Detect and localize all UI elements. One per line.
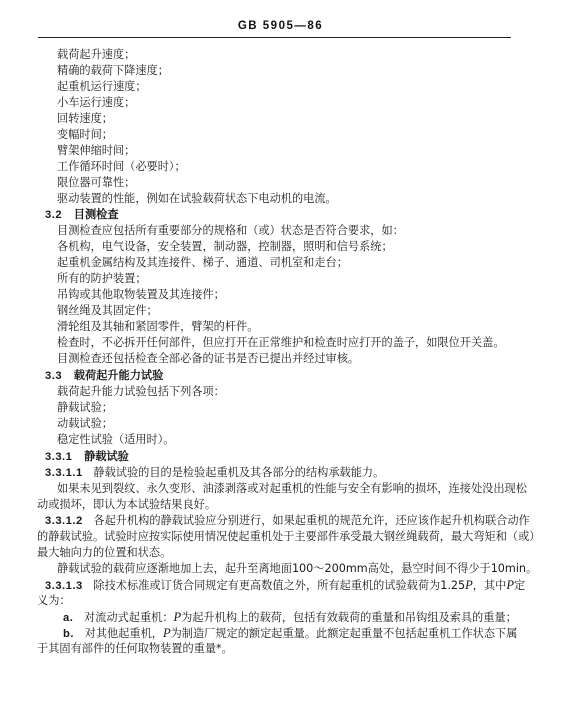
list-item: 载荷起升速度； — [57, 48, 135, 62]
list-item: 起重机运行速度； — [57, 80, 147, 94]
section-number: 3.3 — [45, 370, 62, 382]
section-number: 3.3.1 — [45, 451, 72, 463]
list-item: 小车运行速度； — [57, 96, 135, 110]
item-b: b. 对其他起重机，P为制造厂规定的额定起重量。此额定起重量不包括起重机工作状态… — [63, 626, 517, 641]
clause-3-3-1-3: 3.3.1.3 除技术标准或订货合同规定有更高数值之外，所有起重机的试验载荷为1… — [45, 578, 525, 593]
clause-text: 静载试验的目的是检验起重机及其各部分的结构承载能力。 — [93, 466, 384, 479]
clause-text: 定 — [514, 579, 525, 592]
list-item: 回转速度； — [57, 112, 113, 126]
paragraph: 目测检查还包括检查全部必备的证书是否已提出并经过审核。 — [57, 352, 359, 366]
clause-number: 3.3.1.2 — [45, 515, 83, 527]
clause-number: 3.3.1.1 — [45, 467, 83, 479]
clause-text: 各起升机构的静载试验应分别进行，如果起重机的规范允许，还应该作起升机构联合动作 — [93, 514, 529, 527]
clause-text: ，其中 — [473, 579, 507, 592]
item-text: 为起升机构上的载荷，包括有效载荷的重量和吊钩组及索具的重量； — [181, 611, 517, 624]
section-title: 静载试验 — [84, 450, 129, 463]
list-item: 动载试验； — [57, 417, 113, 431]
list-item: 工作循环时间（必要时）； — [57, 160, 186, 174]
paragraph: 检查时，不必拆开任何部件，但应打开在正常维护和检查时应打开的盖子，如限位开关盖。 — [57, 336, 505, 350]
list-item: 起重机金属结构及其连接件、梯子、通道、司机室和走台； — [57, 256, 348, 270]
list-item: 钢丝绳及其固定件； — [57, 304, 158, 318]
standard-code-header: GB 5905—86 — [0, 20, 561, 32]
item-text: 为制造厂规定的额定起重量。此额定起重量不包括起重机工作状态下属 — [171, 627, 518, 640]
section-number: 3.2 — [45, 209, 62, 221]
list-item: 限位器可靠性； — [57, 176, 135, 190]
item-a: a. 对流动式起重机：P为起升机构上的载荷，包括有效载荷的重量和吊钩组及索具的重… — [63, 610, 517, 625]
section-heading-3-3-1: 3.3.1 静载试验 — [45, 450, 129, 464]
list-item: 精确的载荷下降速度； — [57, 64, 169, 78]
variable-p: P — [163, 626, 171, 640]
variable-p: P — [465, 578, 473, 592]
section-title: 目测检查 — [74, 208, 119, 221]
section-heading-3-2: 3.2 目测检查 — [45, 208, 119, 222]
clause-number: 3.3.1.3 — [45, 580, 83, 592]
list-item: 所有的防护装置； — [57, 272, 147, 286]
list-item: 变幅时间； — [57, 128, 113, 142]
paragraph-line: 于其固有部件的任何取物装置的重量*。 — [37, 642, 233, 656]
item-text: 对其他起重机， — [85, 627, 163, 640]
item-label: b. — [63, 628, 74, 640]
section-heading-3-3: 3.3 载荷起升能力试验 — [45, 369, 163, 383]
list-item: 稳定性试验（适用时）。 — [57, 433, 174, 447]
paragraph-line: 最大轴向力的位置和状态。 — [37, 546, 171, 560]
list-item: 臂架伸缩时间； — [57, 144, 135, 158]
list-item: 吊钩或其他取物装置及其连接件； — [57, 288, 225, 302]
paragraph-line: 如果未见到裂纹、永久变形、油漆剥落或对起重机的性能与安全有影响的损坏，连接处没出… — [57, 482, 527, 496]
list-item: 滑轮组及其轴和紧固零件，臂架的杆件。 — [57, 320, 258, 334]
header-rule — [38, 37, 511, 38]
section-title: 载荷起升能力试验 — [74, 369, 164, 382]
paragraph: 载荷起升能力试验包括下列各项： — [57, 385, 225, 399]
list-item: 驱动装置的性能，例如在试验载荷状态下电动机的电流。 — [57, 192, 337, 206]
variable-p: P — [506, 578, 514, 592]
list-item: 各机构，电气设备，安全装置，制动器，控制器，照明和信号系统； — [57, 240, 393, 254]
paragraph-line: 的静载试验。试验时应按实际使用情况使起重机处于主要部件承受最大钢丝绳载荷，最大弯… — [37, 530, 540, 544]
paragraph-line: 动或损坏，即认为本试验结果良好。 — [37, 498, 216, 512]
item-text: 对流动式起重机： — [84, 611, 174, 624]
clause-3-3-1-1: 3.3.1.1 静载试验的目的是检验起重机及其各部分的结构承载能力。 — [45, 466, 384, 480]
list-item: 静载试验； — [57, 401, 113, 415]
paragraph-line: 静载试验的载荷应逐渐地加上去，起升至离地面100～200mm高处，悬空时间不得少… — [57, 562, 537, 576]
item-label: a. — [63, 612, 73, 624]
paragraph-line: 义为： — [37, 594, 71, 608]
clause-3-3-1-2: 3.3.1.2 各起升机构的静载试验应分别进行，如果起重机的规范允许，还应该作起… — [45, 514, 530, 528]
paragraph: 目测检查应包括所有重要部分的规格和（或）状态是否符合要求，如： — [57, 224, 404, 238]
clause-text: 除技术标准或订货合同规定有更高数值之外，所有起重机的试验载荷为1.25 — [93, 579, 465, 592]
